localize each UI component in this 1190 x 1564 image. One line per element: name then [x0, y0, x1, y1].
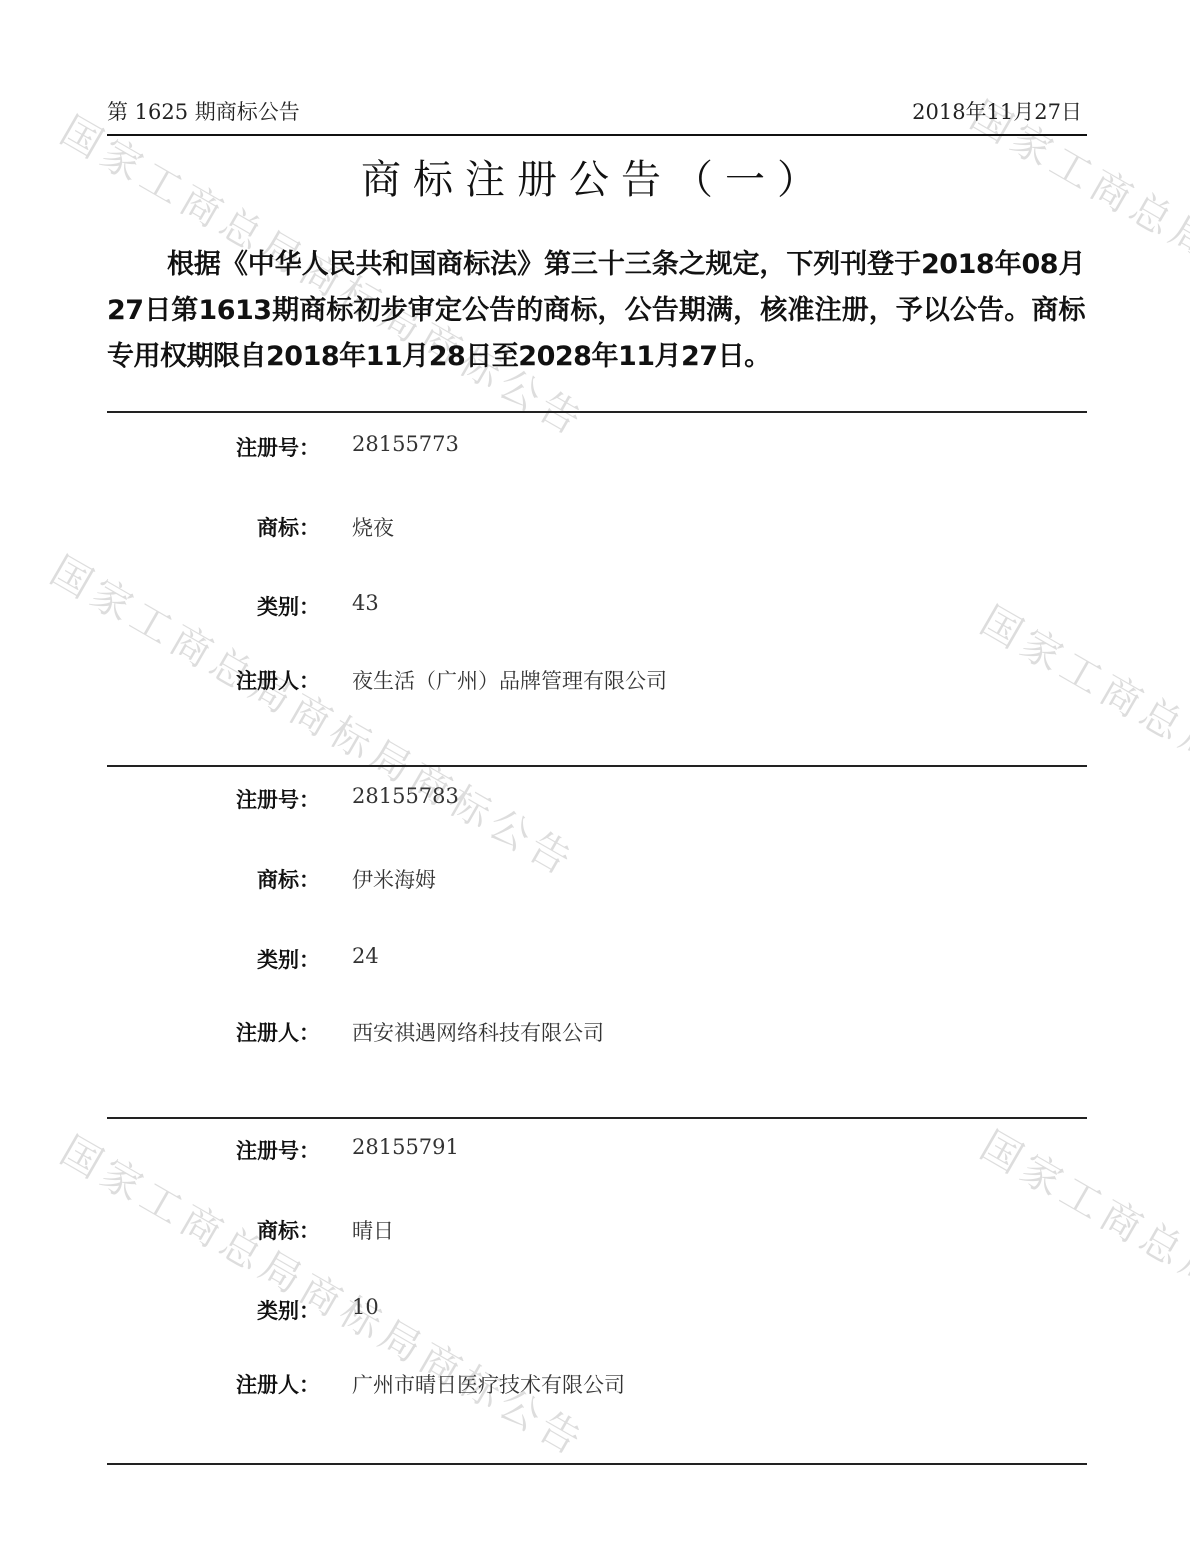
reg-no-row: 注册号： 28155783: [0, 784, 1190, 814]
class-label: 类别：: [257, 591, 320, 621]
registrant-value: 西安祺遇网络科技有限公司: [352, 1017, 604, 1047]
watermark: 国家工商总局商标局商标公告: [972, 1115, 1190, 1463]
class-label: 类别：: [257, 1295, 320, 1325]
mark-row: 商标： 伊米海姆: [0, 864, 1190, 894]
registrant-row: 注册人： 广州市晴日医疗技术有限公司: [0, 1369, 1190, 1399]
reg-no-label: 注册号：: [236, 432, 320, 462]
reg-no-label: 注册号：: [236, 784, 320, 814]
reg-no-value: 28155791: [352, 1135, 459, 1159]
mark-value: 晴日: [352, 1215, 394, 1245]
reg-no-row: 注册号： 28155791: [0, 1135, 1190, 1165]
class-value: 24: [352, 944, 379, 968]
divider: [107, 411, 1087, 413]
mark-label: 商标：: [257, 512, 320, 542]
intro-paragraph: 根据《中华人民共和国商标法》第三十三条之规定，下列刊登于2018年08月27日第…: [107, 242, 1085, 380]
class-value: 10: [352, 1295, 379, 1319]
reg-no-value: 28155783: [352, 784, 459, 808]
divider: [107, 1117, 1087, 1119]
class-row: 类别： 24: [0, 944, 1190, 974]
registrant-value: 夜生活（广州）品牌管理有限公司: [352, 665, 667, 695]
header-divider: [107, 134, 1087, 136]
mark-value: 伊米海姆: [352, 864, 436, 894]
reg-no-row: 注册号： 28155773: [0, 432, 1190, 462]
divider: [107, 765, 1087, 767]
mark-row: 商标： 烧夜: [0, 512, 1190, 542]
registrant-label: 注册人：: [236, 665, 320, 695]
reg-no-label: 注册号：: [236, 1135, 320, 1165]
mark-value: 烧夜: [352, 512, 394, 542]
mark-label: 商标：: [257, 1215, 320, 1245]
registrant-value: 广州市晴日医疗技术有限公司: [352, 1369, 625, 1399]
registrant-row: 注册人： 西安祺遇网络科技有限公司: [0, 1017, 1190, 1047]
class-row: 类别： 43: [0, 591, 1190, 621]
publication-date: 2018年11月27日: [912, 96, 1082, 126]
mark-label: 商标：: [257, 864, 320, 894]
class-value: 43: [352, 591, 379, 615]
reg-no-value: 28155773: [352, 432, 459, 456]
class-label: 类别：: [257, 944, 320, 974]
page-title: 商标注册公告（一）: [0, 148, 1190, 205]
divider: [107, 1463, 1087, 1465]
registrant-row: 注册人： 夜生活（广州）品牌管理有限公司: [0, 665, 1190, 695]
registrant-label: 注册人：: [236, 1017, 320, 1047]
class-row: 类别： 10: [0, 1295, 1190, 1325]
issue-number: 第 1625 期商标公告: [107, 96, 300, 126]
mark-row: 商标： 晴日: [0, 1215, 1190, 1245]
registrant-label: 注册人：: [236, 1369, 320, 1399]
